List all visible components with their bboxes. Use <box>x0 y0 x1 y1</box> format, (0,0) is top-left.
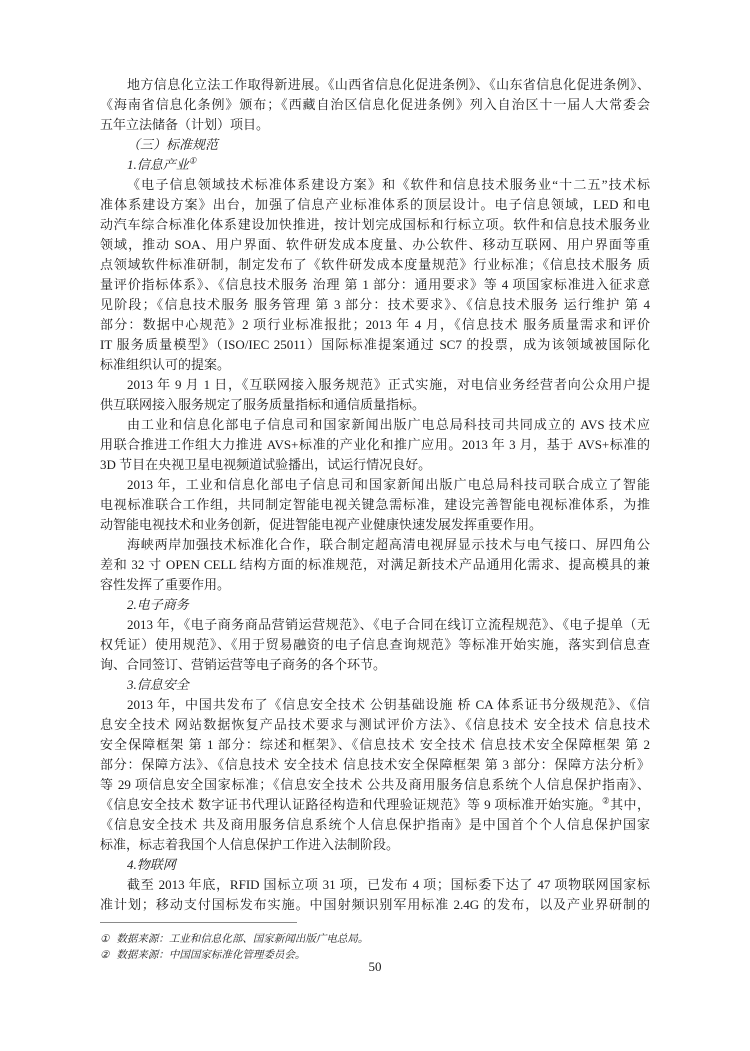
text-line: 部分：数据中心规范》2 项行业标准报批；2013 年 4 月，《信息技术 服务质… <box>100 315 650 335</box>
text-line: 差和 32 寸 OPEN CELL 结构方面的标准规范，对满足新技术产品通用化需… <box>100 555 650 575</box>
section-heading: 3.信息安全 <box>100 675 650 695</box>
text-line: 2013 年，工业和信息化部电子信息司和国家新闻出版广电总局科技司联合成立了智能 <box>100 475 650 495</box>
text-line: 量评价指标体系》、《信息技术服务 治理 第 1 部分：通用要求》等 4 项国家标… <box>100 275 650 295</box>
text-line: 动智能电视技术和业务创新，促进智能电视产业健康快速发展发挥重要作用。 <box>100 515 650 535</box>
text-line: 询、合同签订、营销运营等电子商务的各个环节。 <box>100 655 650 675</box>
text-line: 领域，推动 SOA、用户界面、软件研发成本度量、办公软件、移动互联网、用户界面等… <box>100 235 650 255</box>
text-line: 《信息安全技术 共及商用服务信息系统个人信息保护指南》是中国首个个人信息保护国家 <box>100 815 650 835</box>
footnote-marker: ① <box>100 934 109 945</box>
text-line: 容性发挥了重要作用。 <box>100 575 650 595</box>
section-heading: 1.信息产业① <box>100 155 650 175</box>
text-line: 《海南省信息化条例》颁布；《西藏自治区信息化促进条例》列入自治区十一届人大常委会 <box>100 95 650 115</box>
footnote-block: ①数据来源：工业和信息化部、国家新闻出版广电总局。②数据来源：中国国家标准化管理… <box>100 922 650 963</box>
text-line: 准体系建设方案》出台，加强了信息产业标准体系的顶层设计。电子信息领域，LED 和… <box>100 195 650 215</box>
text-line: 电视标准联合工作组，共同制定智能电视关键急需标准，建设完善智能电视标准体系，为推 <box>100 495 650 515</box>
text-line: IT 服务质量模型》（ISO/IEC 25011）国际标准提案通过 SC7 的投… <box>100 335 650 355</box>
text-line: 见阶段；《信息技术服务 服务管理 第 3 部分：技术要求》、《信息技术服务 运行… <box>100 295 650 315</box>
text-line: 等 29 项信息安全国家标准；《信息安全技术 公共及商用服务信息系统个人信息保护… <box>100 775 650 795</box>
text-line: 《电子信息领域技术标准体系建设方案》和《软件和信息技术服务业“十二五”技术标 <box>100 175 650 195</box>
text-line: 部分：保障方法》、《信息技术 安全技术 信息技术安全保障框架 第 3 部分：保障… <box>100 755 650 775</box>
text-line: 3D 节目在央视卫星电视频道试验播出，试运行情况良好。 <box>100 455 650 475</box>
text-line: 点领域软件标准研制，制定发布了《软件研发成本度量规范》行业标准；《信息技术服务 … <box>100 255 650 275</box>
text-line: 截至 2013 年底，RFID 国标立项 31 项，已发布 4 项；国标委下达了… <box>100 875 650 895</box>
footnote-separator <box>100 922 297 923</box>
footnote-reference-mark: ① <box>189 156 197 166</box>
footnote: ①数据来源：工业和信息化部、国家新闻出版广电总局。 <box>100 932 650 948</box>
page-number: 50 <box>0 959 750 975</box>
document-body-text: 地方信息化立法工作取得新进展。《山西省信息化促进条例》、《山东省信息化促进条例》… <box>100 75 650 915</box>
document-page: 地方信息化立法工作取得新进展。《山西省信息化促进条例》、《山东省信息化促进条例》… <box>0 0 750 1051</box>
text-line: 2013 年，中国共发布了《信息安全技术 公钥基础设施 桥 CA 体系证书分级规… <box>100 695 650 715</box>
text-line: 标准，标志着我国个人信息保护工作进入法制阶段。 <box>100 835 650 855</box>
text-line: 用联合推进工作组大力推进 AVS+标准的产业化和推广应用。2013 年 3 月，… <box>100 435 650 455</box>
text-line: 供互联网接入服务规定了服务质量指标和通信质量指标。 <box>100 395 650 415</box>
footnote-reference-mark: ② <box>602 796 610 806</box>
text-line: 2013 年，《电子商务商品营销运营规范》、《电子合同在线订立流程规范》、《电子… <box>100 615 650 635</box>
text-line: 海峡两岸加强技术标准化合作，联合制定超高清电视屏显示技术与电气接口、屏四角公 <box>100 535 650 555</box>
text-line: 权凭证）使用规范》、《用于贸易融资的电子信息查询规范》等标准开始实施，落实到信息… <box>100 635 650 655</box>
text-line: 息安全技术 网站数据恢复产品技术要求与测试评价方法》、《信息技术 安全技术 信息… <box>100 715 650 735</box>
text-line: 动汽车综合标准化体系建设加快推进，按计划完成国标和行标立项。软件和信息技术服务业 <box>100 215 650 235</box>
section-heading: 4.物联网 <box>100 855 650 875</box>
text-line: 标准组织认可的提案。 <box>100 355 650 375</box>
text-line: 安全保障框架 第 1 部分：综述和框架》、《信息技术 安全技术 信息技术安全保障… <box>100 735 650 755</box>
text-line: 由工业和信息化部电子信息司和国家新闻出版广电总局科技司共同成立的 AVS 技术应 <box>100 415 650 435</box>
text-line: 地方信息化立法工作取得新进展。《山西省信息化促进条例》、《山东省信息化促进条例》… <box>100 75 650 95</box>
text-line: 2013 年 9 月 1 日，《互联网接入服务规范》正式实施，对电信业务经营者向… <box>100 375 650 395</box>
text-line: 《信息安全技术 数字证书代理认证路径构造和代理验证规范》等 9 项标准开始实施。… <box>100 795 650 815</box>
text-line: 准计划；移动支付国标发布实施。中国射频识别军用标准 2.4G 的发布，以及产业界… <box>100 895 650 915</box>
section-heading: （三）标准规范 <box>100 135 650 155</box>
section-heading: 2.电子商务 <box>100 595 650 615</box>
text-line: 五年立法储备（计划）项目。 <box>100 115 650 135</box>
footnote-text: 数据来源：工业和信息化部、国家新闻出版广电总局。 <box>116 934 368 945</box>
